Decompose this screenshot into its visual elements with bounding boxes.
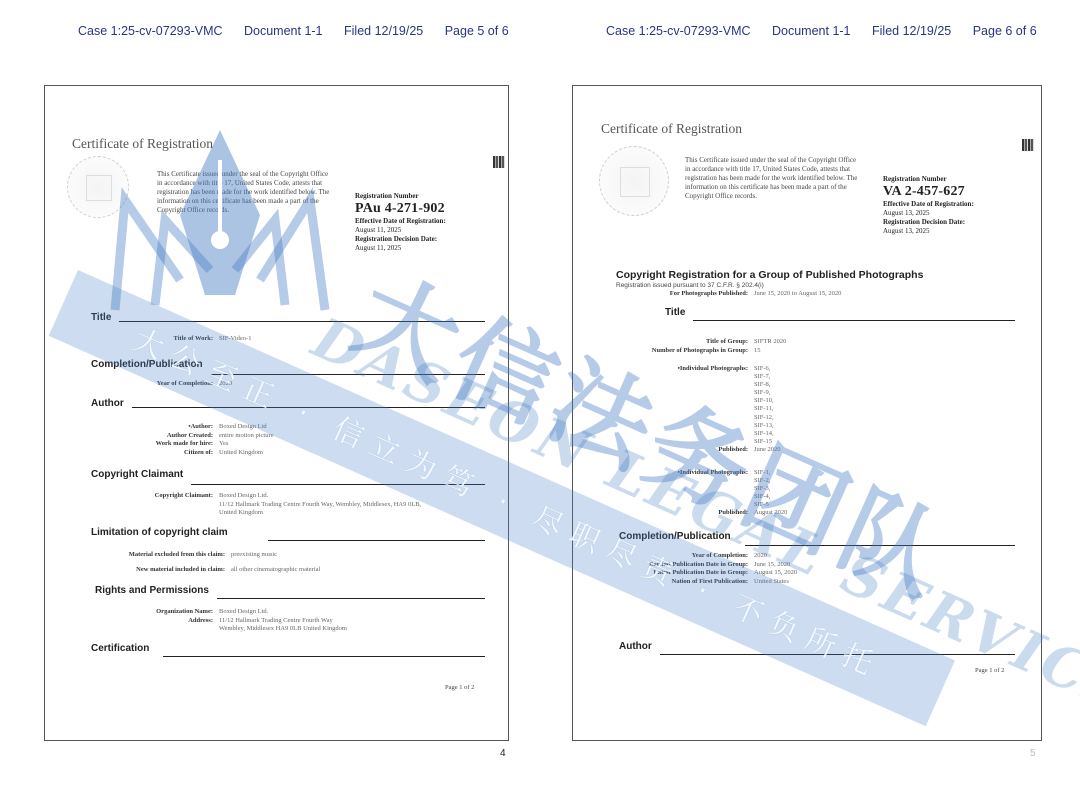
registration-block: Registration Number PAu 4-271-902 Effect…	[355, 192, 446, 253]
claimant-line: 11/12 Hallmark Trading Centre Fourth Way…	[219, 501, 421, 510]
section-author: Author	[619, 641, 1015, 652]
completion-details: Year of Completion:2020 Earliest Publica…	[613, 552, 797, 586]
field-value: United Kingdom	[219, 449, 263, 458]
certificate-title: Certificate of Registration	[72, 136, 213, 152]
section-certification: Certification	[91, 643, 485, 654]
certificate-page-of: Page 1 of 2	[975, 667, 1004, 674]
registration-number-label: Registration Number	[883, 175, 974, 184]
field-label: Title of Group:	[613, 338, 748, 347]
page-indicator: Page 5 of 6	[445, 24, 509, 38]
section-label: Author	[91, 398, 124, 409]
photo-list: SIF-6, SIF-7, SIF-8, SIF-9, SIF-10, SIF-…	[754, 365, 774, 446]
photo-group-2: •Individual Photographs: SIF-1, SIF-2, S…	[613, 469, 787, 518]
field-value: August 2020	[754, 509, 787, 518]
field-label: Citizen of:	[105, 449, 213, 458]
photo-group-label: Individual Photographs:	[680, 365, 748, 372]
claimant-line: United Kingdom	[219, 509, 421, 518]
page-indicator: Page 6 of 6	[973, 24, 1037, 38]
field-value: Yes	[219, 440, 228, 449]
field-value: entire motion picture	[219, 432, 274, 441]
claimant-line: Boxed Design Ltd.	[219, 492, 421, 501]
author-label: Author:	[191, 423, 213, 430]
field-label: Organization Name:	[105, 608, 213, 617]
field-value: United States	[754, 578, 789, 587]
group-registration-subtitle: Registration issued pursuant to 37 C.F.R…	[616, 282, 764, 289]
section-title: Title	[91, 312, 485, 323]
section-label: Copyright Claimant	[91, 469, 183, 480]
section-label: Title	[91, 312, 111, 323]
certificate-title: Certificate of Registration	[601, 121, 742, 137]
decision-date-label: Registration Decision Date:	[883, 218, 974, 227]
field-label: Material excluded from this claim:	[95, 551, 225, 560]
photo-list: SIF-1, SIF-2, SIF-3, SIF-4, SIF-5	[754, 469, 770, 509]
field-label: •Individual Photographs:	[613, 365, 748, 446]
section-label: Completion/Publication	[619, 531, 731, 542]
field-label: Address:	[105, 617, 213, 634]
photo-item: SIF-11,	[754, 405, 774, 413]
field-label: Nation of First Publication:	[613, 578, 748, 587]
photo-item: SIF-15	[754, 438, 774, 446]
field-label: Latest Publication Date in Group:	[613, 569, 748, 578]
field-label: •Individual Photographs:	[613, 469, 748, 509]
photo-item: SIF-13,	[754, 422, 774, 430]
file-header-right: Case 1:25-cv-07293-VMC Document 1-1 File…	[606, 24, 1055, 38]
document-number: Document 1-1	[244, 24, 323, 38]
field-label: Work made for hire:	[105, 440, 213, 449]
field-value: 2020	[219, 380, 232, 389]
section-label: Limitation of copyright claim	[91, 527, 228, 538]
photo-item: SIF-4,	[754, 493, 770, 501]
certificate-page-right: Certificate of Registration This Certifi…	[572, 85, 1042, 741]
field-label: Year of Completion:	[105, 380, 213, 389]
field-value: SIF-Video-1	[219, 335, 251, 344]
group-title-details: Title of Group:SIFTR 2020 Number of Phot…	[613, 338, 786, 355]
claimant-details: Copyright Claimant: Boxed Design Ltd.11/…	[105, 492, 421, 518]
field-label: Title of Work:	[105, 335, 213, 344]
section-rights: Rights and Permissions	[95, 585, 485, 596]
photo-item: SIF-3,	[754, 485, 770, 493]
registration-block: Registration Number VA 2-457-627 Effecti…	[883, 175, 974, 236]
field-value: 2020	[754, 552, 767, 561]
copyright-seal-icon	[599, 146, 669, 216]
photo-item: SIF-10,	[754, 397, 774, 405]
certificate-blurb: This Certificate issued under the seal o…	[685, 156, 860, 201]
field-value: preexisting music	[231, 551, 277, 560]
registration-number: VA 2-457-627	[883, 184, 974, 200]
section-author: Author	[91, 398, 485, 409]
field-label: •Author:	[105, 423, 213, 432]
section-limitation: Limitation of copyright claim	[91, 527, 485, 538]
filed-date: Filed 12/19/25	[872, 24, 951, 38]
field-value: SIFTR 2020	[754, 338, 786, 347]
photo-item: SIF-9,	[754, 389, 774, 397]
qr-code-icon	[1022, 139, 1034, 151]
field-value: all other cinematographic material	[231, 566, 320, 575]
filed-date: Filed 12/19/25	[344, 24, 423, 38]
photo-item: SIF-6,	[754, 365, 774, 373]
effective-date-label: Effective Date of Registration:	[355, 217, 446, 226]
photo-group-1: •Individual Photographs: SIF-6, SIF-7, S…	[613, 365, 781, 454]
field-label: Copyright Claimant:	[105, 492, 213, 518]
section-claimant: Copyright Claimant	[91, 469, 485, 480]
field-value: Boxed Design Ltd.	[219, 608, 268, 617]
field-label: Published:	[613, 446, 748, 455]
decision-date-label: Registration Decision Date:	[355, 235, 446, 244]
file-header-left: Case 1:25-cv-07293-VMC Document 1-1 File…	[78, 24, 527, 38]
field-label: New material included in claim:	[95, 566, 225, 575]
photo-item: SIF-7,	[754, 373, 774, 381]
field-value: 11/12 Hallmark Trading Centre Fourth Way…	[219, 617, 347, 634]
section-completion: Completion/Publication	[91, 359, 485, 370]
address-line: Wembley, Middlesex HA9 0LB United Kingdo…	[219, 625, 347, 634]
field-value: Boxed Design Ltd.11/12 Hallmark Trading …	[219, 492, 421, 518]
registration-number-label: Registration Number	[355, 192, 446, 201]
photo-item: SIF-14,	[754, 430, 774, 438]
published-range: For Photographs Published:June 15, 2020 …	[613, 290, 841, 299]
field-value: Boxed Design Ltd	[219, 423, 267, 432]
certificate-blurb: This Certificate issued under the seal o…	[157, 170, 332, 215]
effective-date: August 11, 2025	[355, 226, 446, 235]
section-label: Certification	[91, 643, 149, 654]
case-number: Case 1:25-cv-07293-VMC	[606, 24, 751, 38]
photo-item: SIF-12,	[754, 414, 774, 422]
address-line: 11/12 Hallmark Trading Centre Fourth Way	[219, 617, 347, 626]
field-value: 15	[754, 347, 761, 356]
year-of-completion: Year of Completion:2020	[105, 380, 232, 389]
copyright-seal-icon	[67, 156, 129, 218]
title-of-work: Title of Work:SIF-Video-1	[105, 335, 251, 344]
photo-item: SIF-8,	[754, 381, 774, 389]
decision-date: August 13, 2025	[883, 227, 974, 236]
group-registration-title: Copyright Registration for a Group of Pu…	[616, 269, 923, 281]
field-value: June 15, 2020	[754, 561, 790, 570]
field-label: Year of Completion:	[613, 552, 748, 561]
rights-details: Organization Name:Boxed Design Ltd. Addr…	[105, 608, 347, 634]
section-label: Rights and Permissions	[95, 585, 209, 596]
document-number: Document 1-1	[772, 24, 851, 38]
field-value: June 15, 2020 to August 15, 2020	[754, 290, 841, 299]
pdf-page-number: 4	[500, 748, 506, 759]
decision-date: August 11, 2025	[355, 244, 446, 253]
field-label: For Photographs Published:	[613, 290, 748, 299]
qr-code-icon	[493, 156, 505, 168]
author-details: •Author:Boxed Design Ltd Author Created:…	[105, 423, 274, 457]
effective-date-label: Effective Date of Registration:	[883, 200, 974, 209]
section-completion: Completion/Publication	[619, 531, 1015, 542]
effective-date: August 13, 2025	[883, 209, 974, 218]
certificate-page-of: Page 1 of 2	[445, 684, 474, 691]
case-number: Case 1:25-cv-07293-VMC	[78, 24, 223, 38]
section-label: Author	[619, 641, 652, 652]
limitation-details: Material excluded from this claim:preexi…	[95, 551, 320, 574]
photo-item: SIF-5	[754, 501, 770, 509]
pdf-page-number: 5	[1030, 748, 1036, 759]
photo-group-label: Individual Photographs:	[680, 469, 748, 476]
section-title: Title	[665, 307, 1015, 318]
section-label: Title	[665, 307, 685, 318]
field-label: Published:	[613, 509, 748, 518]
section-label: Completion/Publication	[91, 359, 203, 370]
field-value: June 2020	[754, 446, 781, 455]
photo-item: SIF-1,	[754, 469, 770, 477]
field-value: August 15, 2020	[754, 569, 797, 578]
certificate-page-left: Certificate of Registration This Certifi…	[44, 85, 509, 741]
registration-number: PAu 4-271-902	[355, 201, 446, 217]
field-label: Earliest Publication Date in Group:	[613, 561, 748, 570]
photo-item: SIF-2,	[754, 477, 770, 485]
field-label: Number of Photographs in Group:	[613, 347, 748, 356]
field-label: Author Created:	[105, 432, 213, 441]
